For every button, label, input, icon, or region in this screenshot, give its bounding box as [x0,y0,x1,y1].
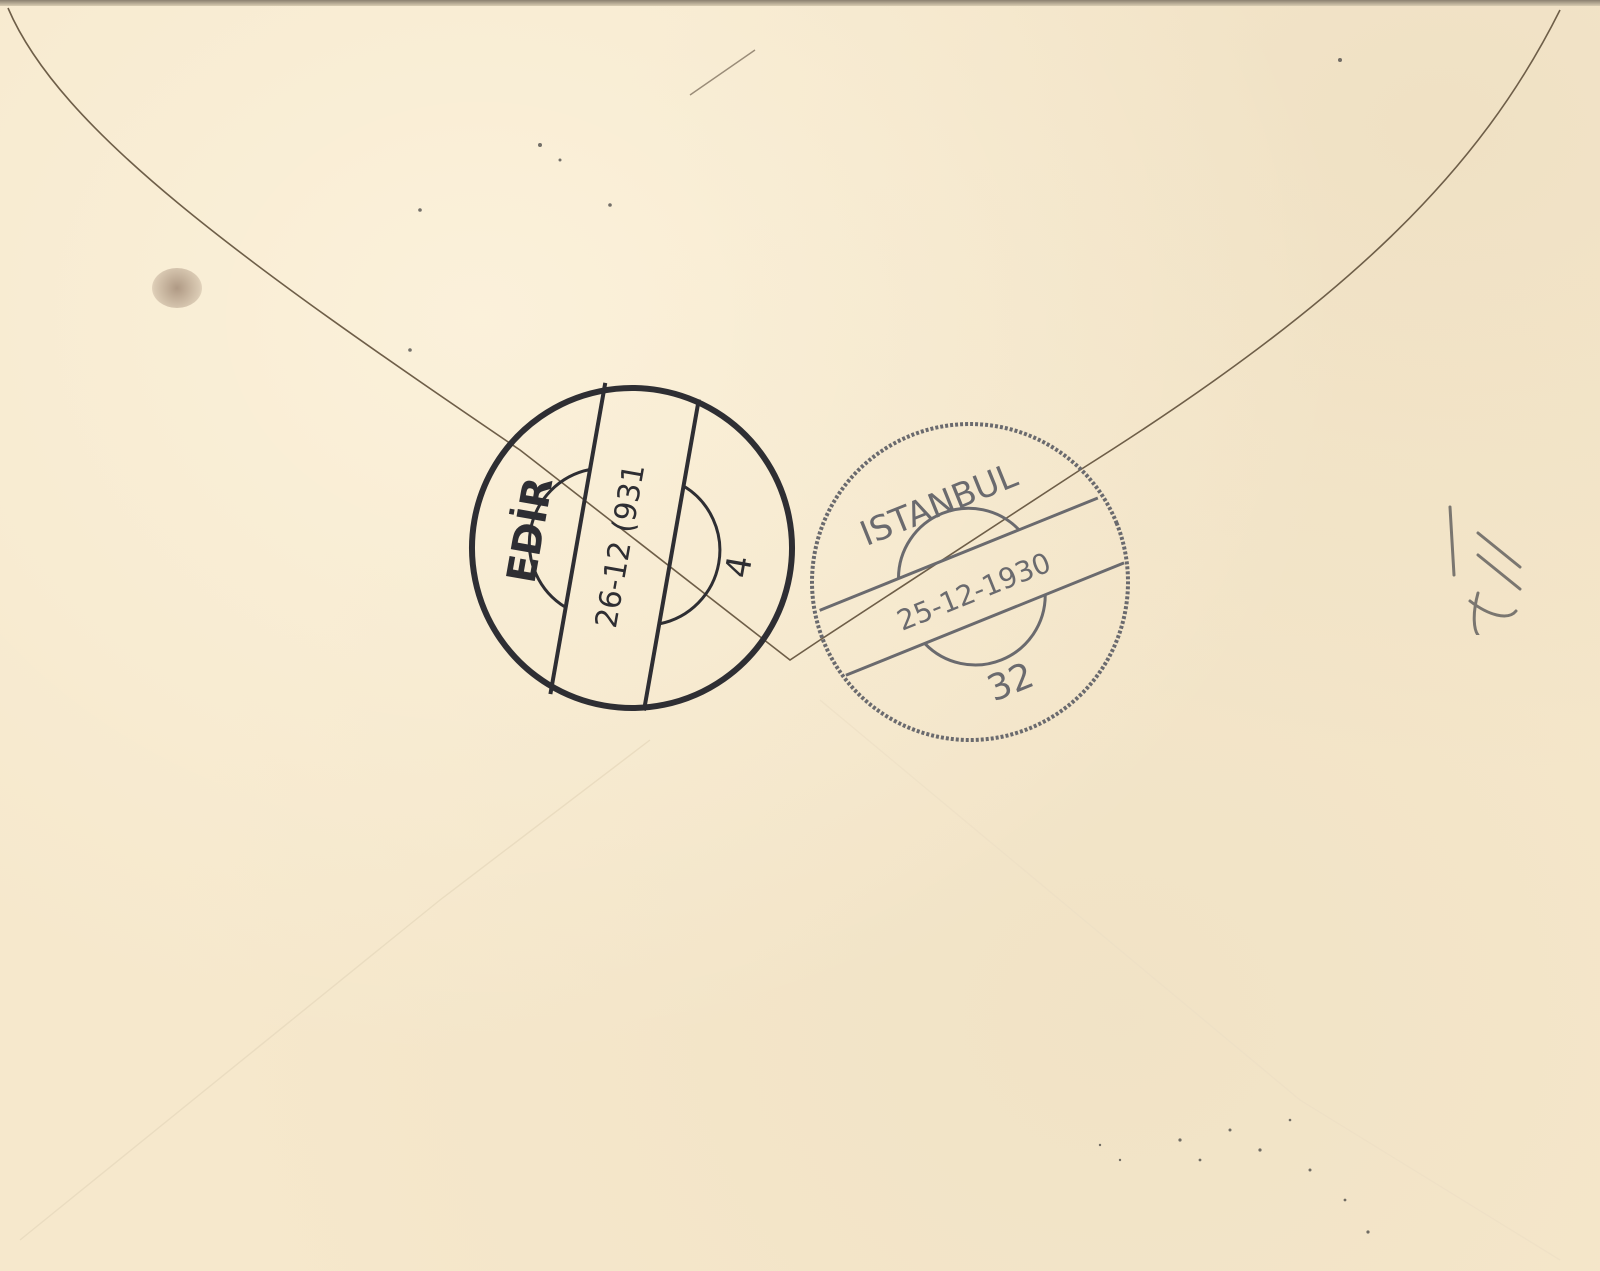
edirne-postmark: EDİR 26-12 (931 4 [447,363,818,734]
edirne-number: 4 [718,553,761,581]
ink-speckles [408,58,1369,1234]
lower-flap-crease [20,740,650,1240]
flap-edge-line [8,8,1560,660]
lower-flap-crease-right [820,700,1560,1260]
pencil-note [1438,505,1528,635]
envelope-artwork: EDİR 26-12 (931 4 ISTANBUL 25-12-1930 32 [0,0,1600,1271]
istanbul-postmark: ISTANBUL 25-12-1930 32 [764,376,1175,787]
envelope-back: EDİR 26-12 (931 4 ISTANBUL 25-12-1930 32 [0,0,1600,1271]
edirne-city: EDİR [497,473,563,586]
crease-fold [690,50,755,95]
